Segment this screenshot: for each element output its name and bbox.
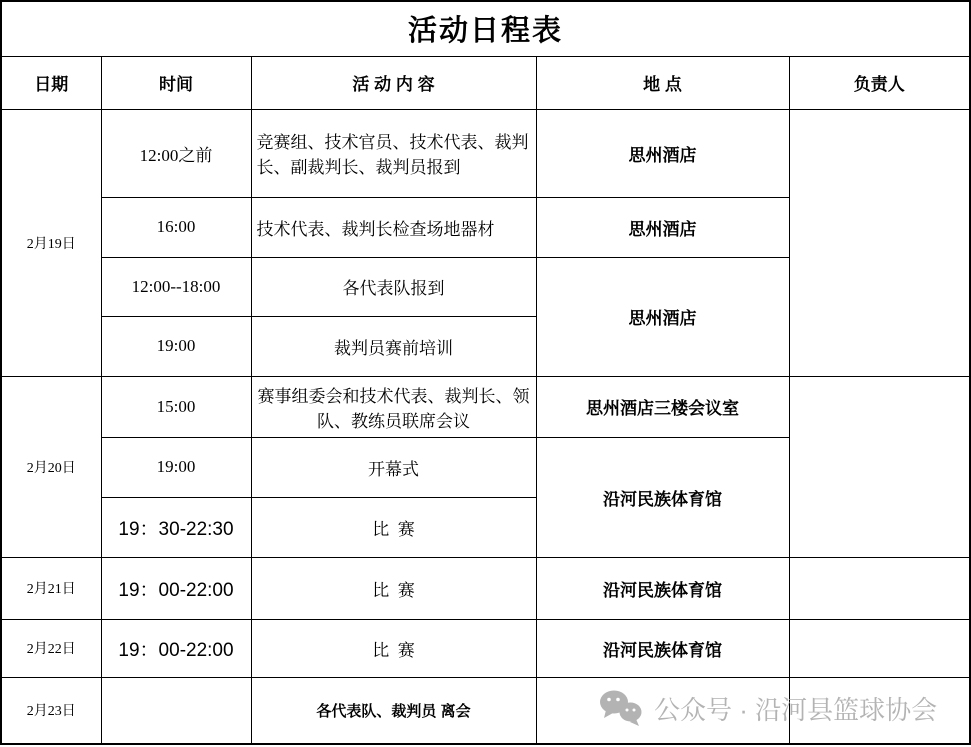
column-header-time: 时间 — [101, 56, 251, 109]
table-row: 2月21日 19：00-22:00 比 赛 沿河民族体育馆 — [1, 557, 970, 619]
cell-manager-feb21 — [789, 557, 970, 619]
cell-time-row8: 19：00-22:00 — [101, 557, 251, 619]
cell-time-row2: 16:00 — [101, 197, 251, 257]
table-row: 2月20日 15:00 赛事组委会和技术代表、裁判长、领队、教练员联席会议 思州… — [1, 376, 970, 437]
cell-location-row1: 思州酒店 — [536, 109, 789, 197]
cell-date-feb19: 2月19日 — [1, 109, 101, 376]
column-header-date: 日期 — [1, 56, 101, 109]
table-row: 2月19日 12:00之前 竞赛组、技术官员、技术代表、裁判长、副裁判长、裁判员… — [1, 109, 970, 197]
cell-time-row1: 12:00之前 — [101, 109, 251, 197]
cell-manager-feb23 — [789, 677, 970, 744]
cell-location-row8: 沿河民族体育馆 — [536, 557, 789, 619]
schedule-table: 活动日程表 日期 时间 活 动 内 容 地 点 负责人 2月19日 12:00之… — [0, 0, 971, 745]
cell-manager-feb19 — [789, 109, 970, 376]
cell-activity-row4: 裁判员赛前培训 — [251, 316, 536, 376]
cell-manager-feb22 — [789, 619, 970, 677]
cell-activity-row5: 赛事组委会和技术代表、裁判长、领队、教练员联席会议 — [251, 376, 536, 437]
cell-date-feb22: 2月22日 — [1, 619, 101, 677]
cell-manager-feb20 — [789, 376, 970, 557]
column-header-activity: 活 动 内 容 — [251, 56, 536, 109]
cell-location-row6-7: 沿河民族体育馆 — [536, 437, 789, 557]
cell-date-feb23: 2月23日 — [1, 677, 101, 744]
cell-activity-row9: 比 赛 — [251, 619, 536, 677]
cell-location-row3-4: 思州酒店 — [536, 257, 789, 376]
cell-activity-row7: 比 赛 — [251, 497, 536, 557]
cell-date-feb21: 2月21日 — [1, 557, 101, 619]
table-row: 2月23日 各代表队、裁判员 离会 — [1, 677, 970, 744]
cell-time-row9: 19：00-22:00 — [101, 619, 251, 677]
cell-location-row5: 思州酒店三楼会议室 — [536, 376, 789, 437]
cell-time-row4: 19:00 — [101, 316, 251, 376]
column-header-manager: 负责人 — [789, 56, 970, 109]
cell-location-row2: 思州酒店 — [536, 197, 789, 257]
table-row: 2月22日 19：00-22:00 比 赛 沿河民族体育馆 — [1, 619, 970, 677]
cell-activity-row1: 竞赛组、技术官员、技术代表、裁判长、副裁判长、裁判员报到 — [251, 109, 536, 197]
cell-time-row10 — [101, 677, 251, 744]
cell-activity-row6: 开幕式 — [251, 437, 536, 497]
cell-activity-row2: 技术代表、裁判长检查场地器材 — [251, 197, 536, 257]
page-title: 活动日程表 — [1, 1, 970, 56]
cell-date-feb20: 2月20日 — [1, 376, 101, 557]
cell-activity-row3: 各代表队报到 — [251, 257, 536, 316]
cell-time-row7: 19：30-22:30 — [101, 497, 251, 557]
schedule-page: 活动日程表 日期 时间 活 动 内 容 地 点 负责人 2月19日 12:00之… — [0, 0, 971, 747]
cell-activity-row10: 各代表队、裁判员 离会 — [251, 677, 536, 744]
cell-time-row5: 15:00 — [101, 376, 251, 437]
cell-time-row6: 19:00 — [101, 437, 251, 497]
cell-location-row10 — [536, 677, 789, 744]
cell-activity-row8: 比 赛 — [251, 557, 536, 619]
cell-location-row9: 沿河民族体育馆 — [536, 619, 789, 677]
column-header-location: 地 点 — [536, 56, 789, 109]
cell-time-row3: 12:00--18:00 — [101, 257, 251, 316]
